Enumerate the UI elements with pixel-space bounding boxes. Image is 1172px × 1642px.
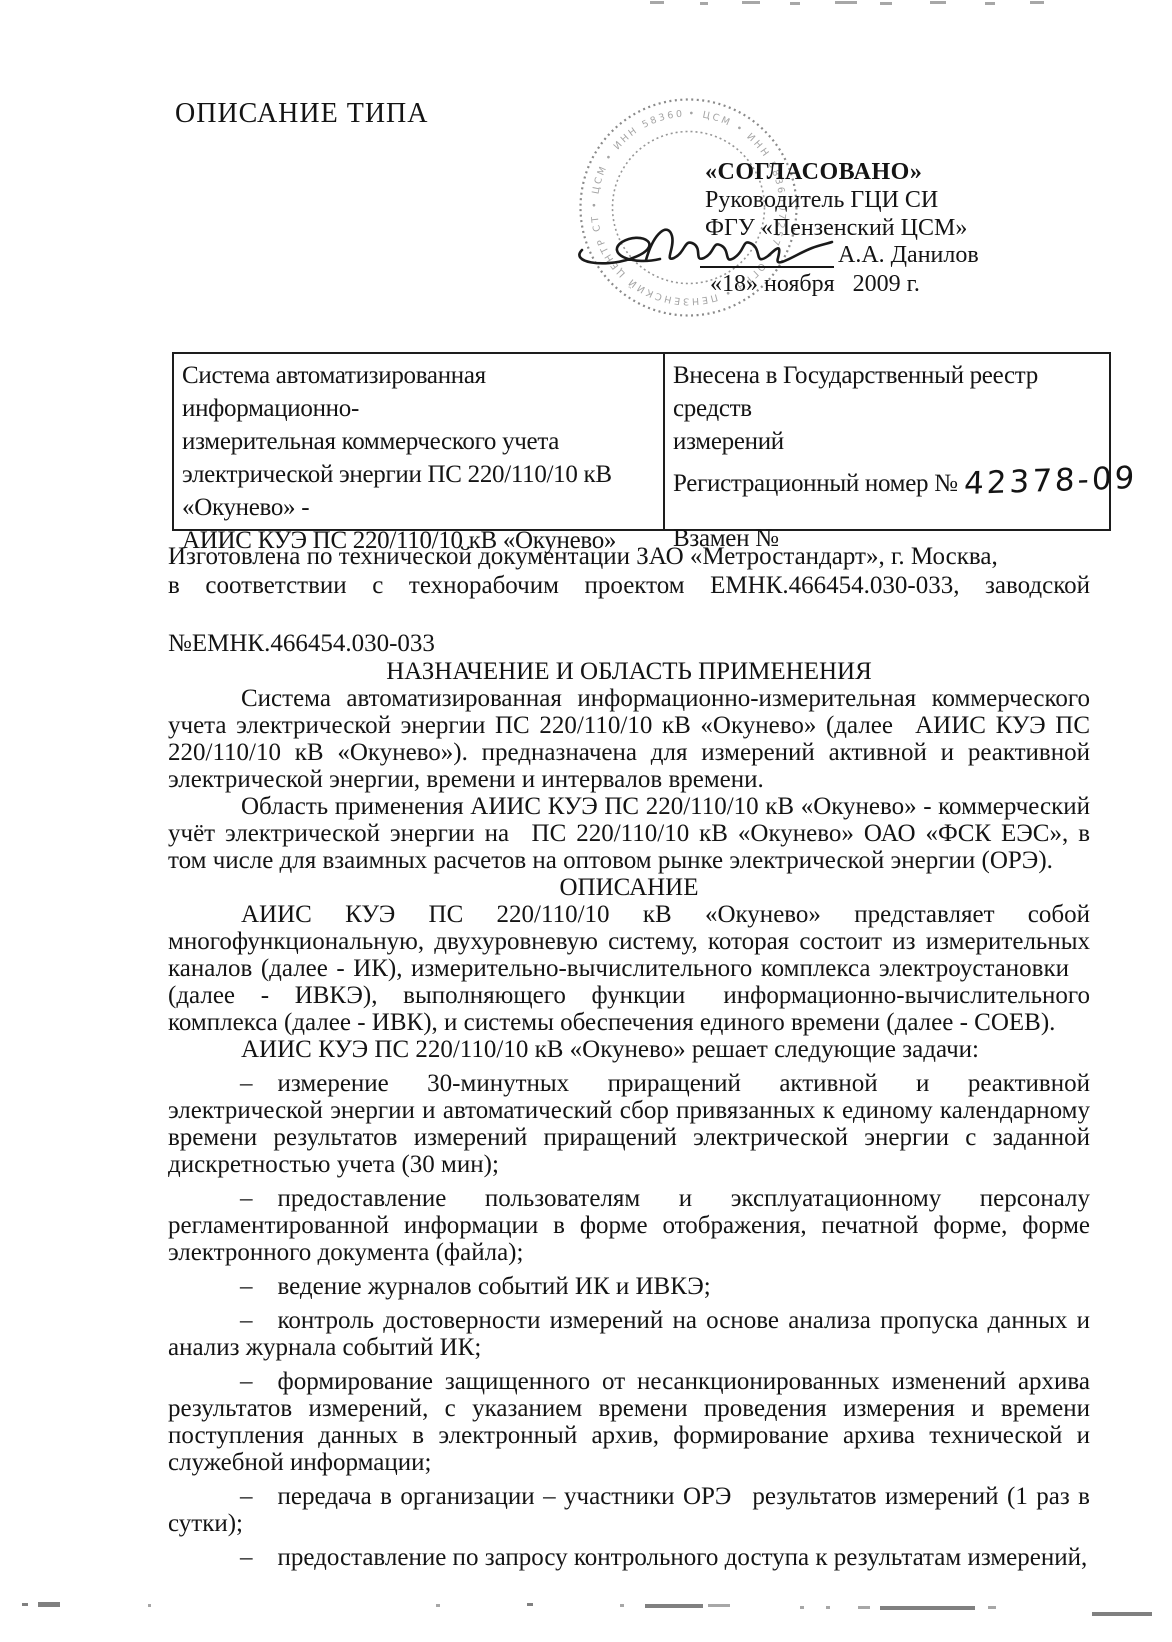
scan-artifact — [700, 2, 708, 5]
scan-artifact — [835, 1, 857, 4]
approval-agreed-label: «СОГЛАСОВАНО» — [705, 158, 1035, 186]
scan-artifact — [800, 1606, 804, 1609]
registry-cell: Внесена в Государственный реестр средств… — [665, 354, 1109, 529]
task-item-4: – контроль достоверности измерений на ос… — [168, 1307, 1090, 1361]
signer-name: А.А. Данилов — [838, 242, 979, 269]
task-item-6: – передача в организации – участники ОРЭ… — [168, 1483, 1090, 1537]
scan-artifact — [858, 1606, 870, 1609]
scan-artifact — [880, 2, 892, 5]
scanned-document-page: { "page": { "title": "ОПИСАНИЕ ТИПА" }, … — [0, 0, 1172, 1642]
task-item-7: – предоставление по запросу контрольного… — [168, 1544, 1090, 1571]
scan-artifact — [708, 1604, 730, 1607]
task-item-2: – предоставление пользователям и эксплуа… — [168, 1185, 1090, 1266]
scan-artifact — [436, 1604, 440, 1607]
registration-number-line: Регистрационный номер №42378-09 — [673, 465, 1103, 500]
task-item-5: – формирование защищенного от несанкцион… — [168, 1368, 1090, 1476]
document-body: Изготовлена по технической документации … — [168, 542, 1090, 1571]
registration-number-label: Регистрационный номер № — [673, 470, 958, 497]
registry-entry-text: Внесена в Государственный реестр средств… — [673, 359, 1103, 458]
made-line-2: в соответствии с технорабочим проектом Е… — [168, 571, 1090, 629]
scan-artifact — [645, 1604, 703, 1608]
description-section-heading: ОПИСАНИЕ — [168, 874, 1090, 901]
task-item-1: – измерение 30-минутных приращений актив… — [168, 1070, 1090, 1178]
description-paragraph-1: АИИС КУЭ ПС 220/110/10 кВ «Окунево» пред… — [168, 901, 1090, 1036]
scan-artifact — [930, 1, 946, 4]
signature-underline — [700, 266, 834, 268]
page-title: ОПИСАНИЕ ТИПА — [175, 98, 428, 130]
scan-artifact — [148, 1604, 151, 1607]
made-line-1: Изготовлена по технической документации … — [168, 542, 1090, 571]
scan-artifact — [1092, 1612, 1152, 1616]
scan-artifact — [38, 1602, 60, 1607]
scan-artifact — [742, 1, 760, 4]
task-item-3: – ведение журналов событий ИК и ИВКЭ; — [168, 1273, 1090, 1300]
scan-artifact — [1030, 1, 1044, 4]
approval-date: «18» ноября 2009 г. — [710, 271, 920, 298]
scan-artifact — [988, 1606, 996, 1609]
purpose-paragraph-1: Система автоматизированная информационно… — [168, 685, 1090, 793]
scan-artifact — [826, 1606, 830, 1609]
purpose-paragraph-2: Область применения АИИС КУЭ ПС 220/110/1… — [168, 793, 1090, 874]
scan-artifact — [22, 1603, 28, 1606]
scan-artifact — [650, 1, 664, 4]
system-name-cell: Система автоматизированная информационно… — [174, 354, 665, 529]
registry-table: Система автоматизированная информационно… — [172, 352, 1111, 531]
scan-artifact — [985, 2, 995, 5]
scan-artifact — [880, 1606, 975, 1610]
purpose-section-heading: НАЗНАЧЕНИЕ И ОБЛАСТЬ ПРИМЕНЕНИЯ — [168, 658, 1090, 685]
registration-number-handwritten: 42378-09 — [963, 462, 1137, 501]
made-line-3: №ЕМНК.466454.030-033 — [168, 629, 1090, 658]
approval-role: Руководитель ГЦИ СИ — [705, 186, 1035, 214]
scan-artifact — [620, 1604, 624, 1607]
description-paragraph-2: АИИС КУЭ ПС 220/110/10 кВ «Окунево» реша… — [168, 1036, 1090, 1063]
scan-artifact — [527, 1603, 533, 1606]
signature-scribble — [572, 214, 837, 272]
scan-artifact — [790, 2, 800, 5]
